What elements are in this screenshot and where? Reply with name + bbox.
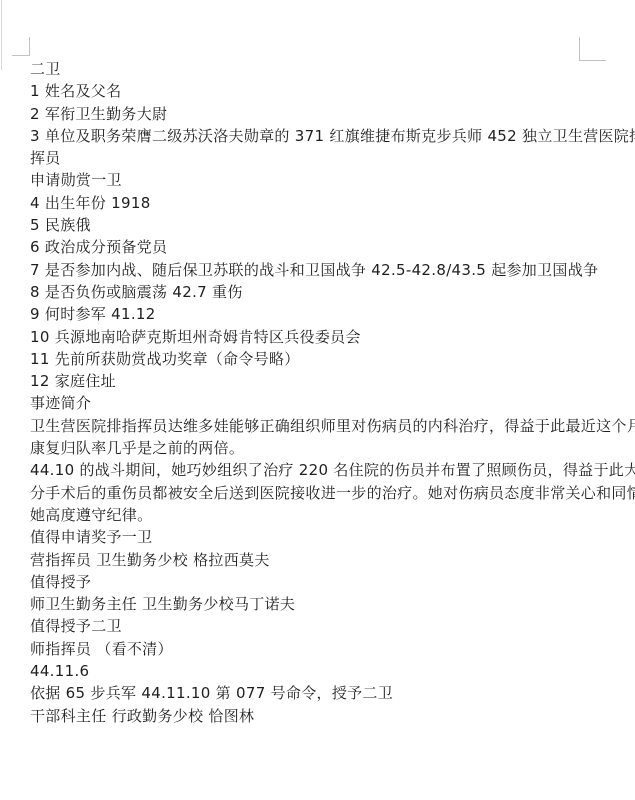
text-line: 二卫 (30, 58, 620, 80)
text-line: 康复归队率几乎是之前的两倍。 (30, 437, 620, 459)
text-line: 1 姓名及父名 (30, 80, 620, 102)
text-line: 挥员 (30, 147, 620, 169)
text-line: 8 是否负伤或脑震荡 42.7 重伤 (30, 281, 620, 303)
text-line: 44.11.6 (30, 660, 620, 682)
text-line: 依据 65 步兵军 44.11.10 第 077 号命令，授予二卫 (30, 682, 620, 704)
text-line: 值得申请奖予一卫 (30, 526, 620, 548)
text-line: 6 政治成分预备党员 (30, 236, 620, 258)
text-line: 分手术后的重伤员都被安全后送到医院接收进一步的治疗。她对伤病员态度非常关心和同情… (30, 482, 620, 504)
text-line: 她高度遵守纪律。 (30, 504, 620, 526)
text-line: 师指挥员 （看不清） (30, 638, 620, 660)
text-line: 卫生营医院排指挥员达维多娃能够正确组织师里对伤病员的内科治疗，得益于此最近这个月 (30, 415, 620, 437)
text-line: 营指挥员 卫生勤务少校 格拉西莫夫 (30, 549, 620, 571)
text-line: 师卫生勤务主任 卫生勤务少校马丁诺夫 (30, 593, 620, 615)
document-body: 二卫 1 姓名及父名 2 军衔卫生勤务大尉 3 单位及职务荣膺二级苏沃洛夫勋章的… (30, 58, 620, 727)
text-line: 9 何时参军 41.12 (30, 303, 620, 325)
text-line: 值得授予二卫 (30, 615, 620, 637)
text-line: 值得授予 (30, 571, 620, 593)
text-line: 事迹简介 (30, 392, 620, 414)
text-line: 10 兵源地南哈萨克斯坦州奇姆肯特区兵役委员会 (30, 326, 620, 348)
text-boundary-mark-top-left (12, 37, 30, 56)
document-page: 二卫 1 姓名及父名 2 军衔卫生勤务大尉 3 单位及职务荣膺二级苏沃洛夫勋章的… (0, 0, 635, 800)
text-line: 11 先前所获勋赏战功奖章（命令号略） (30, 348, 620, 370)
page-edge-line (1, 0, 2, 70)
text-line: 申请勋赏一卫 (30, 169, 620, 191)
text-line: 4 出生年份 1918 (30, 192, 620, 214)
text-line: 44.10 的战斗期间，她巧妙组织了治疗 220 名住院的伤员并布置了照顾伤员，… (30, 459, 620, 481)
text-line: 干部科主任 行政勤务少校 恰图林 (30, 705, 620, 727)
text-line: 5 民族俄 (30, 214, 620, 236)
text-line: 3 单位及职务荣膺二级苏沃洛夫勋章的 371 红旗维捷布斯克步兵师 452 独立… (30, 125, 620, 147)
text-line: 7 是否参加内战、随后保卫苏联的战斗和卫国战争 42.5-42.8/43.5 起… (30, 259, 620, 281)
text-line: 2 军衔卫生勤务大尉 (30, 103, 620, 125)
text-line: 12 家庭住址 (30, 370, 620, 392)
